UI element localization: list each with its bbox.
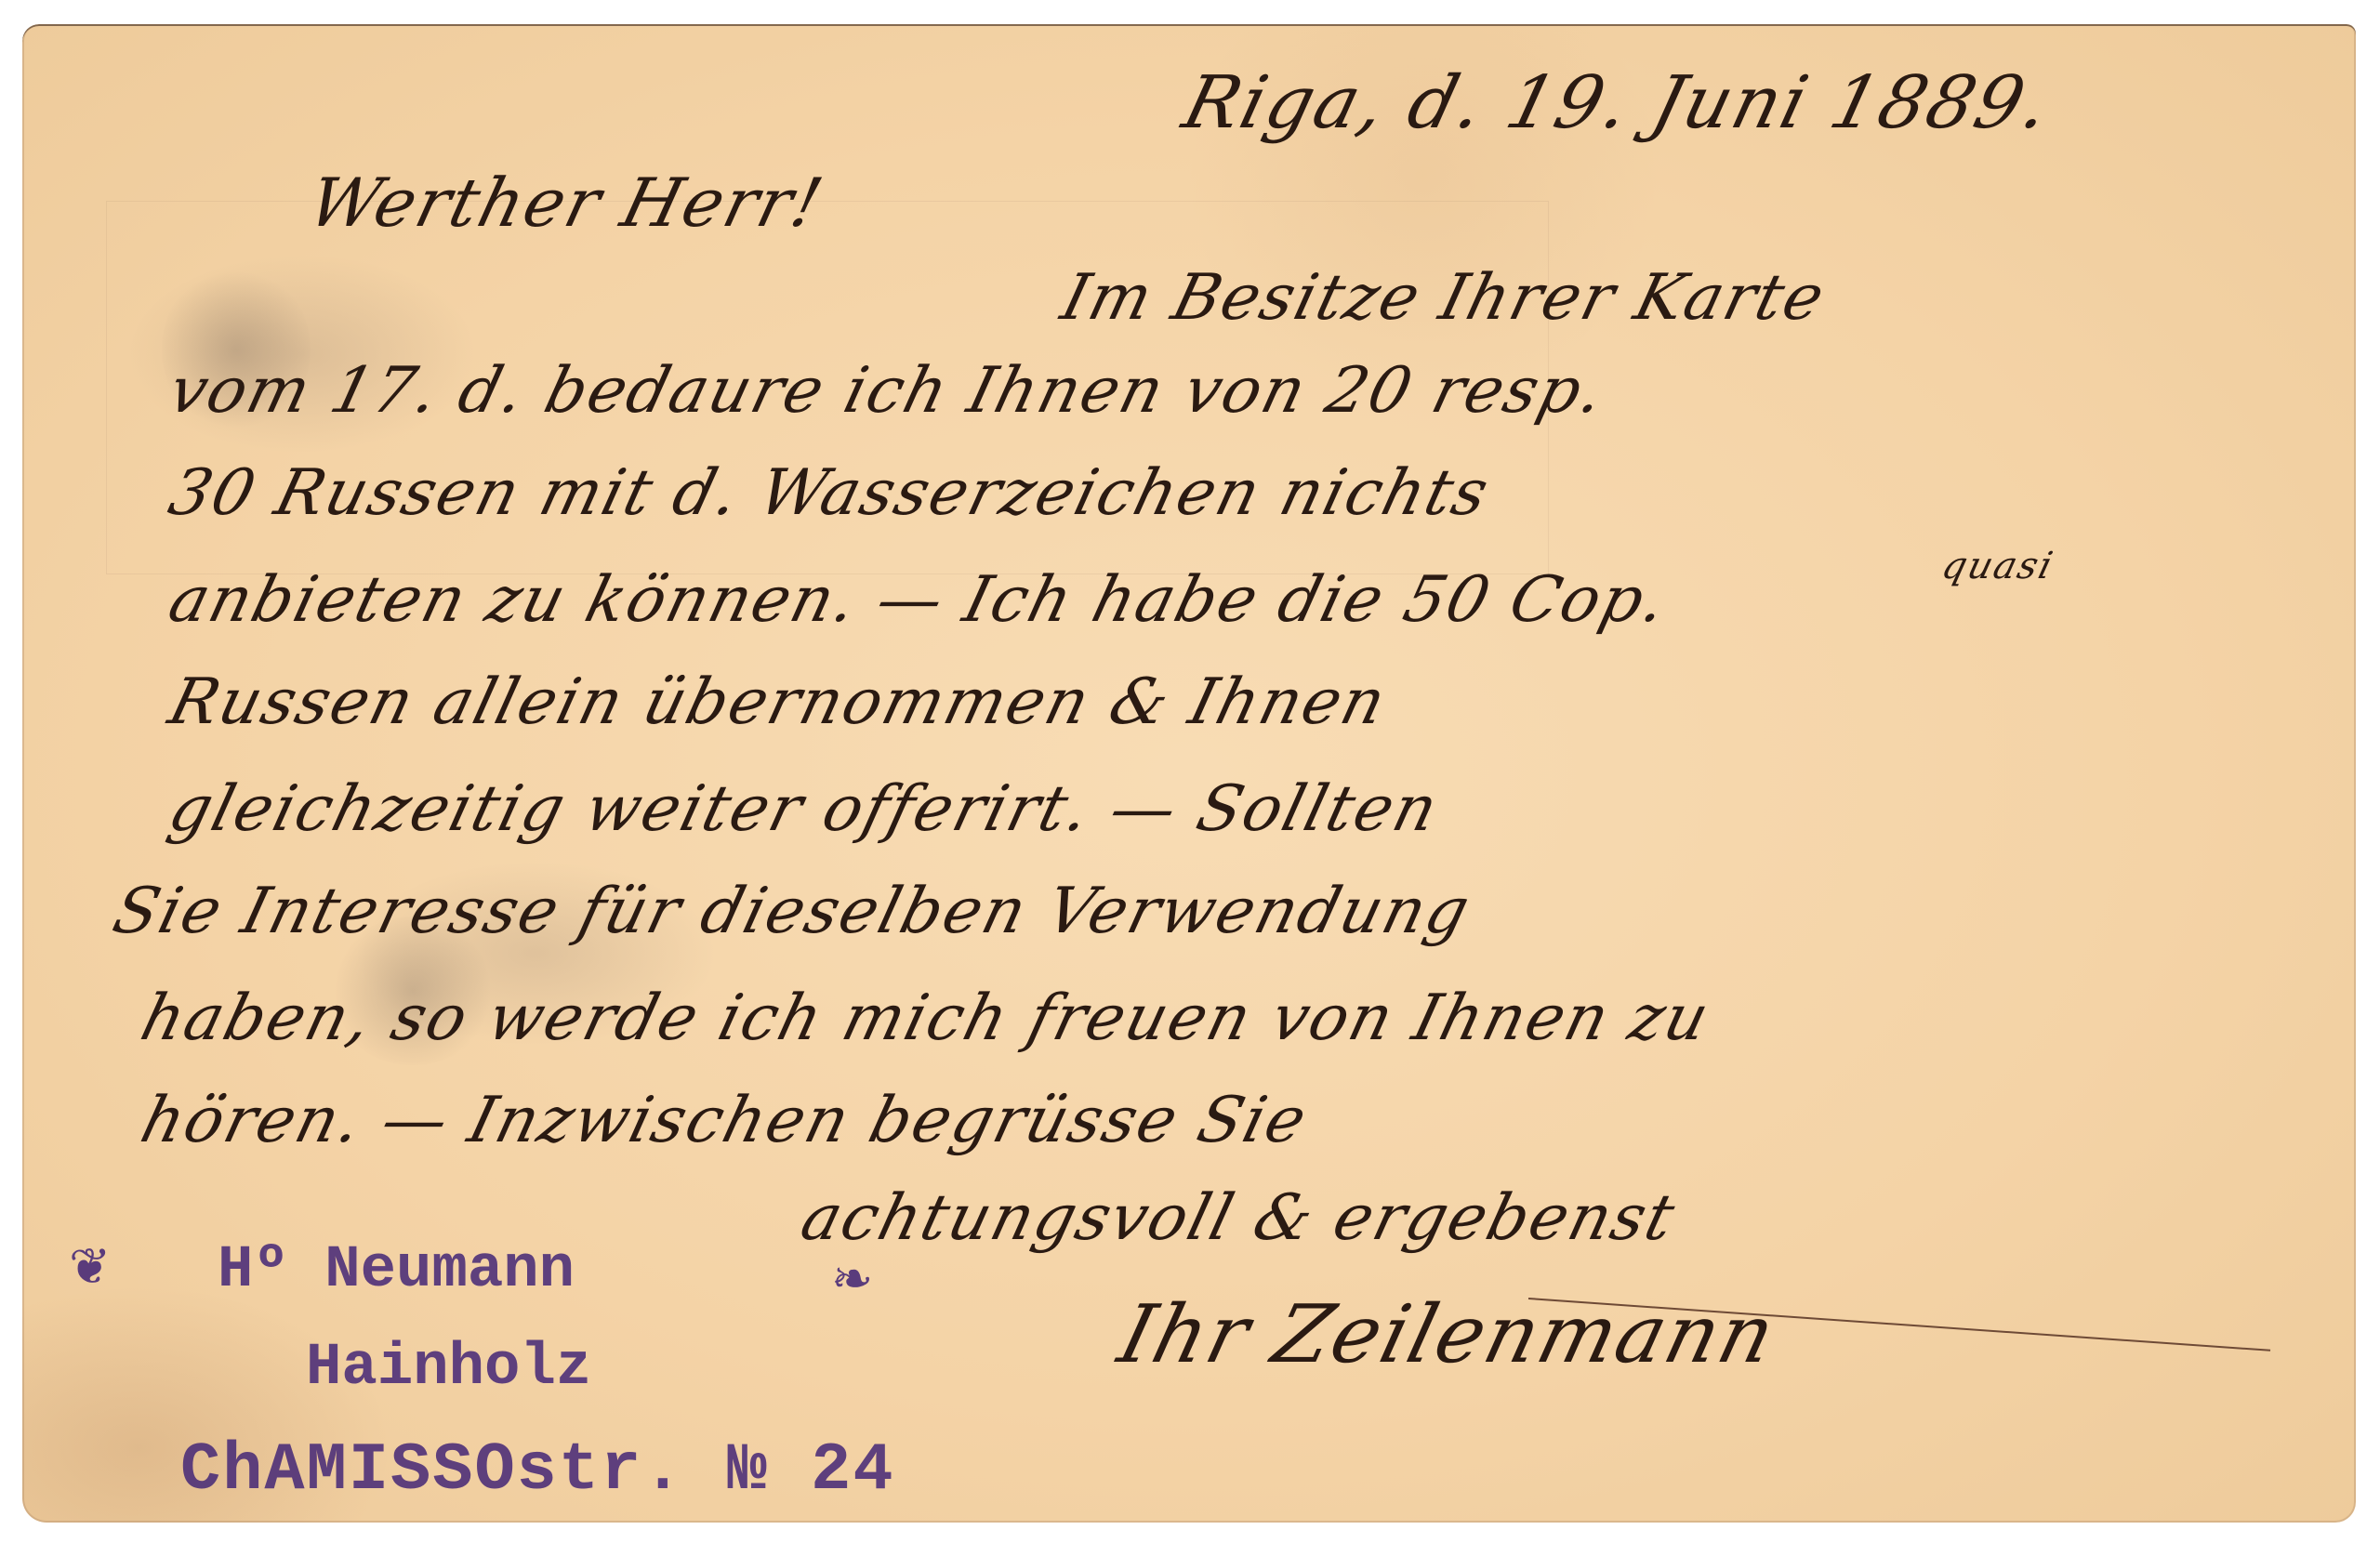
stamp-street-line: ChAMISSOstr. № 24: [180, 1432, 895, 1509]
stamp-ornament-left-icon: ❦: [69, 1237, 111, 1296]
salutation: Werther Herr!: [301, 164, 831, 242]
insertion-note: quasi: [1937, 545, 2058, 587]
body-line: gleichzeitig weiter offerirt. — Sollten: [162, 772, 1447, 846]
signature: Ihr Zeilenmann: [1110, 1288, 1785, 1381]
body-line: Sie Interesse für dieselben Verwendung: [106, 875, 1478, 948]
body-line: anbieten zu können. — Ich habe die 50 Co…: [162, 563, 1675, 637]
body-line: Russen allein übernommen & Ihnen: [162, 666, 1395, 739]
date-line: Riga, d. 19. Juni 1889.: [1175, 61, 2059, 145]
body-line: hören. — Inzwischen begrüsse Sie: [134, 1084, 1316, 1157]
body-line: vom 17. d. bedaure ich Ihnen von 20 resp…: [162, 354, 1613, 428]
body-line: achtungsvoll & ergebenst: [794, 1181, 1683, 1255]
stamp-name-line: Hº Neumann: [218, 1237, 575, 1304]
body-line: Im Besitze Ihrer Karte: [1054, 261, 1832, 335]
stamp-place-line: Hainholz: [306, 1335, 591, 1402]
body-line: 30 Russen mit d. Wasserzeichen nichts: [162, 456, 1497, 530]
postcard: Riga, d. 19. Juni 1889. Werther Herr! Im…: [22, 24, 2356, 1523]
body-line: haben, so werde ich mich freuen von Ihne…: [134, 982, 1717, 1055]
stamp-ornament-right-icon: ❧: [831, 1249, 873, 1308]
